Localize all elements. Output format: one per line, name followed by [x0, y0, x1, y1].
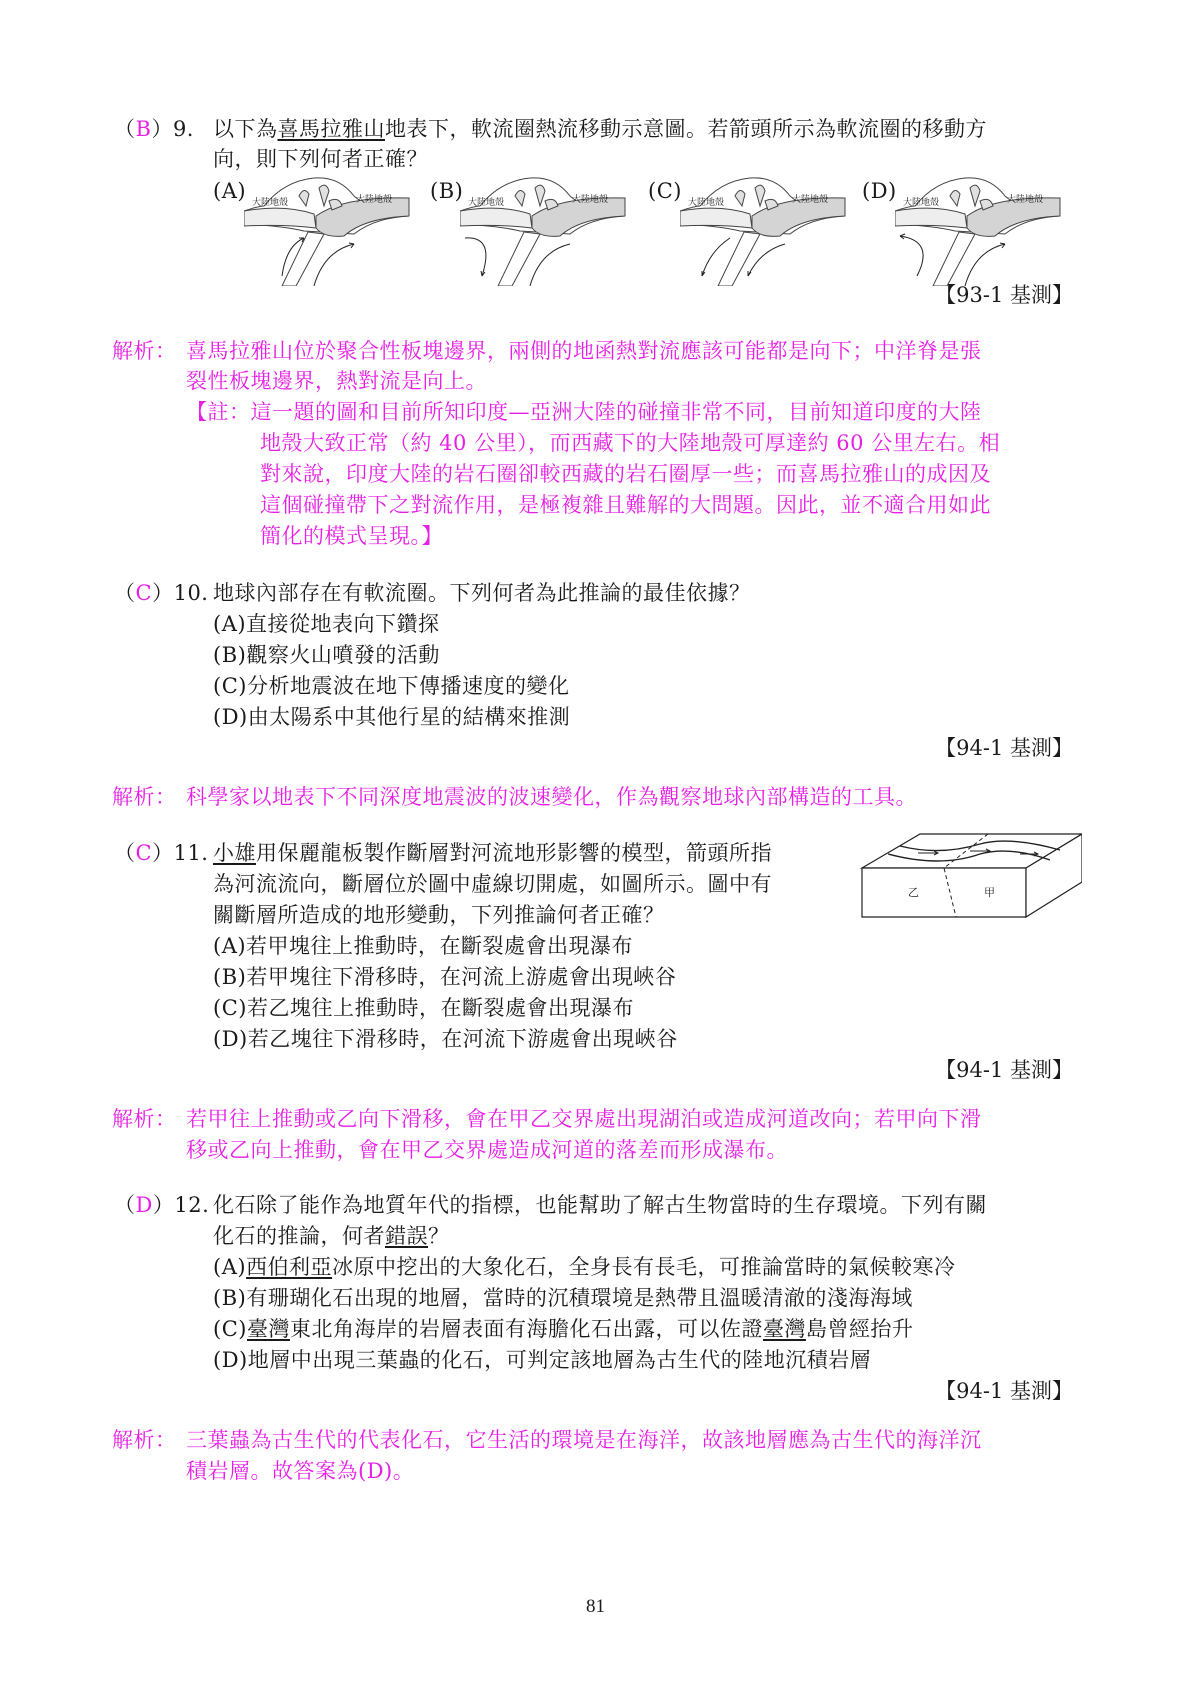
figure-option-label-a: (A)	[213, 176, 246, 206]
note-line: 這個碰撞帶下之對流作用，是極複雜且難解的大問題。因此，並不適合用如此	[260, 490, 991, 520]
question-number: 9.	[173, 117, 194, 141]
question-12-stem-2: 化石的推論，何者錯誤？	[213, 1221, 450, 1251]
question-11-line-1: （C）11.	[114, 838, 208, 868]
emphasis-underline: 錯誤	[385, 1224, 428, 1248]
option-c: (C)分析地震波在地下傳播速度的變化	[213, 671, 569, 701]
svg-text:大陸地殼: 大陸地殼	[356, 193, 392, 205]
svg-text:大陸地殼: 大陸地殼	[1007, 193, 1043, 205]
explanation-line: 喜馬拉雅山位於聚合性板塊邊界，兩側的地函熱對流應該可能都是向下；中洋脊是張	[186, 336, 982, 366]
svg-text:大陸地殼: 大陸地殼	[572, 193, 608, 205]
explanation-line: 三葉蟲為古生代的代表化石，它生活的環境是在海洋，故該地層應為古生代的海洋沉	[186, 1425, 982, 1455]
question-9-stem-2: 向，則下列何者正確？	[213, 144, 428, 174]
option-a: (A)西伯利亞冰原中挖出的大象化石，全身長有長毛，可推論當時的氣候較寒冷	[213, 1252, 956, 1282]
source-label: 【93-1 基測】	[935, 280, 1073, 310]
option-c: (C)臺灣東北角海岸的岩層表面有海膽化石出露，可以佐證臺灣島曾經抬升	[213, 1314, 913, 1344]
question-11-stem-1: 小雄用保麗龍板製作斷層對河流地形影響的模型，箭頭所指	[213, 838, 772, 868]
answer-badge: B	[136, 117, 152, 141]
explanation-label: 解析：	[112, 336, 177, 366]
note-line: 對來說，印度大陸的岩石圈卻較西藏的岩石圈厚一些；而喜馬拉雅山的成因及	[260, 459, 991, 489]
option-d: (D)若乙塊往下滑移時，在河流下游處會出現峽谷	[213, 1024, 678, 1054]
note-line: 簡化的模式呈現。】	[260, 521, 443, 551]
explanation-label: 解析：	[112, 782, 177, 812]
source-label: 【94-1 基測】	[935, 733, 1073, 763]
question-12-stem-1: 化石除了能作為地質年代的指標，也能幫助了解古生物當時的生存環境。下列有關	[213, 1190, 987, 1220]
explanation-line: 移或乙向上推動，會在甲乙交界處造成河道的落差而形成瀑布。	[186, 1135, 788, 1165]
note-line: 地殼大致正常（約 40 公里），而西藏下的大陸地殼可厚達約 60 公里左右。相	[260, 428, 1000, 458]
figure-option-label-d: (D)	[862, 176, 897, 206]
option-a: (A)直接從地表向下鑽探	[213, 609, 440, 639]
underlined-proper-noun: 喜馬拉雅山	[278, 117, 386, 141]
explanation-line: 裂性板塊邊界，熱對流是向上。	[186, 366, 487, 396]
fault-block-diagram: 乙 甲	[860, 832, 1082, 928]
answer-badge: C	[136, 841, 153, 865]
figure-option-label-c: (C)	[648, 176, 682, 206]
plate-diagram-c: 大陸地殼 大陸地殼	[680, 176, 848, 286]
question-number: 12.	[174, 1193, 209, 1217]
option-b: (B)有珊瑚化石出現的地層，當時的沉積環境是熱帶且溫暖清澈的淺海海域	[213, 1283, 913, 1313]
explanation-line: 科學家以地表下不同深度地震波的波速變化，作為觀察地球內部構造的工具。	[186, 782, 917, 812]
option-b: (B)若甲塊往下滑移時，在河流上游處會出現峽谷	[213, 962, 676, 992]
question-number: 11.	[174, 841, 209, 865]
question-11-stem-3: 關斷層所造成的地形變動，下列推論何者正確？	[213, 900, 665, 930]
question-12-line-1: （D）12.	[114, 1190, 209, 1220]
answer-badge: C	[136, 581, 153, 605]
explanation-label: 解析：	[112, 1104, 177, 1134]
svg-text:大陸地殼: 大陸地殼	[903, 196, 939, 208]
explanation-line: 若甲往上推動或乙向下滑移，會在甲乙交界處出現湖泊或造成河道改向；若甲向下滑	[186, 1104, 982, 1134]
explanation-line: 積岩層。故答案為(D)。	[186, 1456, 414, 1486]
figure-option-label-b: (B)	[430, 176, 463, 206]
svg-text:大陸地殼: 大陸地殼	[792, 193, 828, 205]
question-number: 10.	[174, 581, 209, 605]
option-c: (C)若乙塊往上推動時，在斷裂處會出現瀑布	[213, 993, 634, 1023]
plate-diagram-b: 大陸地殼 大陸地殼	[460, 176, 628, 286]
option-a: (A)若甲塊往上推動時，在斷裂處會出現瀑布	[213, 931, 633, 961]
option-d: (D)地層中出現三葉蟲的化石，可判定該地層為古生代的陸地沉積岩層	[213, 1345, 871, 1375]
plate-diagram-d: 大陸地殼 大陸地殼	[895, 176, 1063, 286]
document-page: （B）9. 以下為喜馬拉雅山地表下，軟流圈熱流移動示意圖。若箭頭所示為軟流圈的移…	[0, 0, 1191, 1684]
explanation-label: 解析：	[112, 1425, 177, 1455]
question-10-stem: 地球內部存在有軟流圈。下列何者為此推論的最佳依據？	[213, 578, 751, 608]
question-9-line-1: （B）9.	[114, 114, 194, 144]
svg-text:甲: 甲	[984, 886, 995, 899]
svg-text:大陸地殼: 大陸地殼	[468, 196, 504, 208]
plate-diagram-a: 大陸地殼 大陸地殼	[244, 176, 412, 286]
source-label: 【94-1 基測】	[935, 1055, 1073, 1085]
source-label: 【94-1 基測】	[935, 1376, 1073, 1406]
page-number: 81	[0, 1596, 1191, 1618]
question-9-stem-1: 以下為喜馬拉雅山地表下，軟流圈熱流移動示意圖。若箭頭所示為軟流圈的移動方	[213, 114, 987, 144]
svg-text:乙: 乙	[908, 886, 919, 899]
svg-text:大陸地殼: 大陸地殼	[252, 196, 288, 208]
question-11-stem-2: 為河流流向，斷層位於圖中虛線切開處，如圖所示。圖中有	[213, 869, 772, 899]
option-d: (D)由太陽系中其他行星的結構來推測	[213, 702, 570, 732]
note-line: 【註：這一題的圖和目前所知印度—亞洲大陸的碰撞非常不同，目前知道印度的大陸	[186, 397, 982, 427]
option-b: (B)觀察火山噴發的活動	[213, 640, 440, 670]
underlined-proper-noun: 小雄	[213, 841, 256, 865]
question-10-line-1: （C）10.	[114, 578, 208, 608]
svg-text:大陸地殼: 大陸地殼	[688, 196, 724, 208]
answer-badge: D	[136, 1193, 153, 1217]
